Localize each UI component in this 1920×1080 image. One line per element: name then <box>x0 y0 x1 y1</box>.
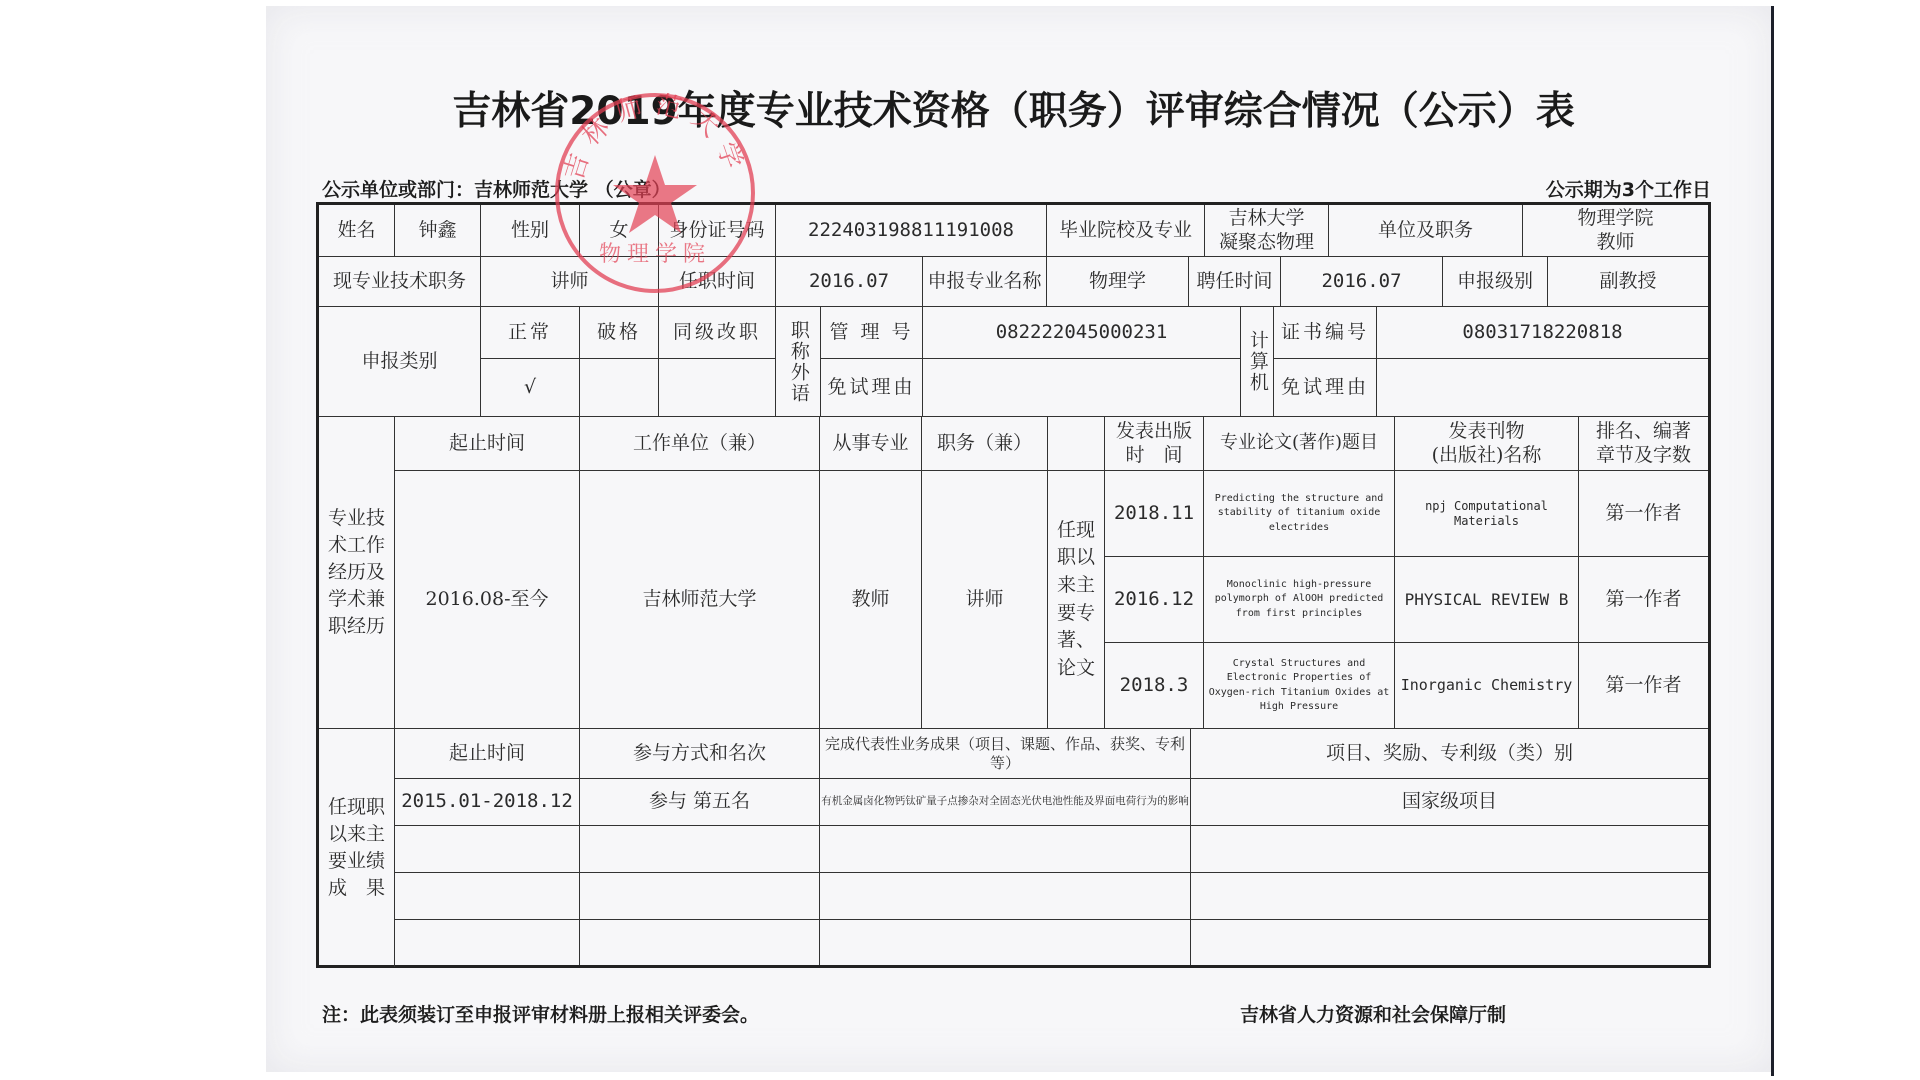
computer-exempt-value <box>1377 359 1708 417</box>
id-value: 222403198811191008 <box>776 205 1047 257</box>
ach-level <box>1191 873 1708 920</box>
achievements-section-label: 任现职以来主要业绩成 果 <box>319 729 395 967</box>
page-title: 吉林省2019年度专业技术资格（职务）评审综合情况（公示）表 <box>316 80 1711 136</box>
exp-unit: 吉林师范大学 <box>580 471 820 729</box>
ach-period <box>395 920 580 965</box>
paper-journal: PHYSICAL REVIEW B <box>1395 557 1579 643</box>
computer-exempt-label: 免试理由 <box>1274 359 1377 417</box>
papers-section-label: 任现职以来主要专著、论文 <box>1048 471 1105 729</box>
publicity-period: 公示期为3个工作日 <box>1546 175 1711 202</box>
ach-header-period: 起止时间 <box>395 729 580 779</box>
paper-date: 2018.11 <box>1105 471 1204 557</box>
unit-value: 物理学院 教师 <box>1523 205 1708 257</box>
ach-role: 参与 第五名 <box>580 779 820 826</box>
name-label: 姓名 <box>319 205 395 257</box>
current-post-value: 讲师 <box>481 257 659 307</box>
mgmt-no-label: 管 理 号 <box>821 307 923 359</box>
papers-header-journal: 发表刊物 (出版社)名称 <box>1395 417 1579 471</box>
tenure-label: 任职时间 <box>659 257 776 307</box>
exp-header-unit: 工作单位（兼） <box>580 417 820 471</box>
papers-header-rank: 排名、编著 章节及字数 <box>1579 417 1708 471</box>
papers-header-title: 专业论文(著作)题目 <box>1204 417 1395 471</box>
ach-result <box>820 873 1191 920</box>
ach-period <box>395 873 580 920</box>
paper-rank: 第一作者 <box>1579 643 1708 729</box>
papers-header-journal-line2: (出版社)名称 <box>1395 444 1578 468</box>
paper-rank: 第一作者 <box>1579 471 1708 557</box>
exp-period: 2016.08-至今 <box>395 471 580 729</box>
evaluation-form-table: 姓名 钟鑫 性别 女 身份证号码 222403198811191008 毕业院校… <box>316 202 1711 968</box>
ach-period: 2015.01-2018.12 <box>395 779 580 826</box>
grad-major: 凝聚态物理 <box>1205 231 1328 255</box>
category-exceptional: 破格 <box>580 307 659 359</box>
cert-no-label: 证书编号 <box>1274 307 1377 359</box>
publicity-unit: 公示单位或部门：吉林师范大学 （公章） <box>322 175 671 202</box>
name-value: 钟鑫 <box>395 205 481 257</box>
papers-header-blank <box>1048 417 1105 471</box>
cert-no-value: 08031718220818 <box>1377 307 1708 359</box>
level-value: 副教授 <box>1548 257 1708 307</box>
paper-date: 2016.12 <box>1105 557 1204 643</box>
id-label: 身份证号码 <box>659 205 776 257</box>
major-value: 物理学 <box>1047 257 1189 307</box>
unit-name: 物理学院 <box>1523 207 1708 231</box>
ach-result <box>820 920 1191 965</box>
ach-role <box>580 920 820 965</box>
computer-label: 计算机 <box>1241 307 1274 417</box>
lang-exempt-value <box>923 359 1241 417</box>
ach-level <box>1191 826 1708 873</box>
paper-title: Crystal Structures and Electronic Proper… <box>1204 643 1395 729</box>
foreign-language-label: 职称外语 <box>776 307 821 417</box>
ach-role <box>580 826 820 873</box>
papers-header-date: 发表出版 时 间 <box>1105 417 1204 471</box>
exp-post: 讲师 <box>922 471 1048 729</box>
footer-note: 注：此表须装订至申报评审材料册上报相关评委会。 <box>322 1000 759 1027</box>
exp-field: 教师 <box>820 471 922 729</box>
ach-header-level: 项目、奖励、专利级（类）别 <box>1191 729 1708 779</box>
papers-header-rank-line1: 排名、编著 <box>1579 420 1708 444</box>
paper-journal: npj Computational Materials <box>1395 471 1579 557</box>
experience-section-label: 专业技术工作经历及学术兼职经历 <box>319 417 395 729</box>
gender-value: 女 <box>580 205 659 257</box>
ach-header-role: 参与方式和名次 <box>580 729 820 779</box>
ach-header-result: 完成代表性业务成果（项目、课题、作品、获奖、专利等） <box>820 729 1191 779</box>
papers-header-rank-line2: 章节及字数 <box>1579 444 1708 468</box>
papers-header-date-line1: 发表出版 <box>1105 420 1203 444</box>
ach-level <box>1191 920 1708 965</box>
paper-title: Predicting the structure and stability o… <box>1204 471 1395 557</box>
major-label: 申报专业名称 <box>923 257 1047 307</box>
exp-header-period: 起止时间 <box>395 417 580 471</box>
ach-level: 国家级项目 <box>1191 779 1708 826</box>
category-normal-check: √ <box>481 359 580 417</box>
gender-label: 性别 <box>481 205 580 257</box>
category-same-level: 同级改职 <box>659 307 776 359</box>
unit-label: 单位及职务 <box>1329 205 1523 257</box>
mgmt-no-value: 082222045000231 <box>923 307 1241 359</box>
tenure-value: 2016.07 <box>776 257 923 307</box>
grad-school: 吉林大学 <box>1205 207 1328 231</box>
ach-result <box>820 826 1191 873</box>
current-post-label: 现专业技术职务 <box>319 257 481 307</box>
ach-result: 有机金属卤化物钙钛矿量子点掺杂对全固态光伏电池性能及界面电荷行为的影响 <box>820 779 1191 826</box>
ach-role <box>580 873 820 920</box>
category-same-level-check <box>659 359 776 417</box>
category-label: 申报类别 <box>319 307 481 417</box>
paper-edge <box>1771 6 1774 1076</box>
level-label: 申报级别 <box>1443 257 1548 307</box>
footer-issuer: 吉林省人力资源和社会保障厅制 <box>1240 1000 1506 1027</box>
papers-header-date-line2: 时 间 <box>1105 444 1203 468</box>
category-exceptional-check <box>580 359 659 417</box>
unit-post: 教师 <box>1523 231 1708 255</box>
paper-title: Monoclinic high-pressure polymorph of Al… <box>1204 557 1395 643</box>
paper-journal: Inorganic Chemistry <box>1395 643 1579 729</box>
paper-date: 2018.3 <box>1105 643 1204 729</box>
category-normal: 正常 <box>481 307 580 359</box>
paper-rank: 第一作者 <box>1579 557 1708 643</box>
hired-value: 2016.07 <box>1281 257 1443 307</box>
lang-exempt-label: 免试理由 <box>821 359 923 417</box>
papers-header-journal-line1: 发表刊物 <box>1395 420 1578 444</box>
exp-header-field: 从事专业 <box>820 417 922 471</box>
grad-label: 毕业院校及专业 <box>1047 205 1205 257</box>
hired-label: 聘任时间 <box>1189 257 1281 307</box>
grad-value: 吉林大学 凝聚态物理 <box>1205 205 1329 257</box>
ach-period <box>395 826 580 873</box>
exp-header-post: 职务（兼） <box>922 417 1048 471</box>
